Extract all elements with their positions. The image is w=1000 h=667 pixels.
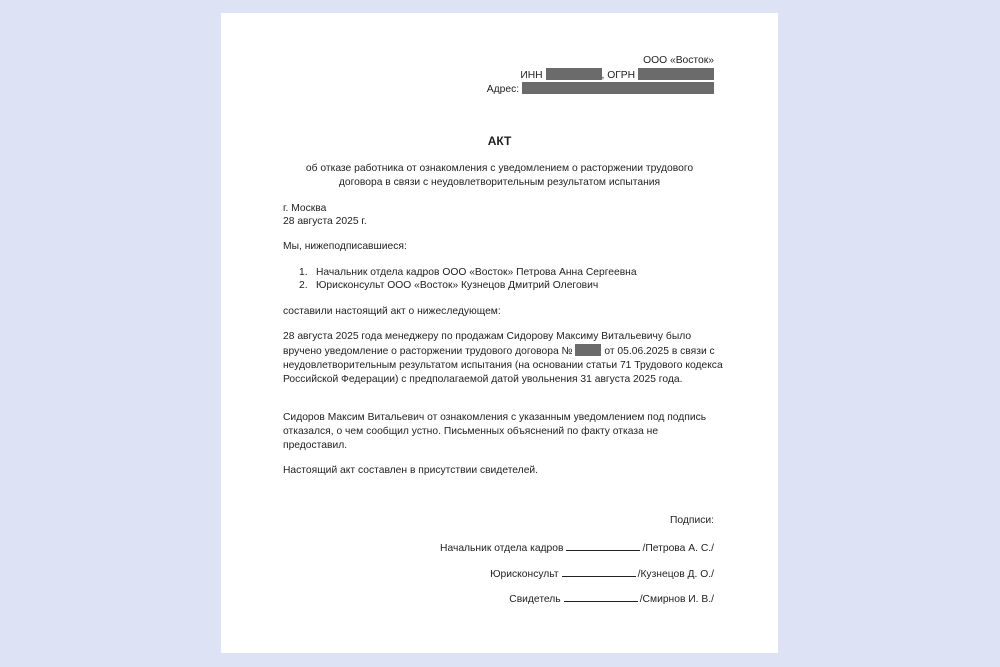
intro-text: Мы, нижеподписавшиеся: <box>283 240 407 253</box>
subtitle-line-1: об отказе работника от ознакомления с ув… <box>221 162 778 176</box>
signatures-heading: Подписи: <box>670 515 714 526</box>
ogrn-redaction <box>638 68 714 80</box>
list-number: 2. <box>299 279 316 292</box>
company-ids: ИНН , ОГРН <box>520 68 714 82</box>
list-number: 1. <box>299 266 316 279</box>
document-title: АКТ <box>221 134 778 148</box>
signature-row: Юрисконсульт/Кузнецов Д. О./ <box>490 566 714 580</box>
ogrn-label: , ОГРН <box>602 70 636 81</box>
place: г. Москва <box>283 202 326 215</box>
contract-number-redaction <box>575 344 601 356</box>
signature-blank <box>562 566 636 577</box>
signature-name: /Смирнов И. В./ <box>640 594 714 605</box>
address-redaction <box>522 82 714 94</box>
list-text: Начальник отдела кадров ООО «Восток» Пет… <box>316 267 637 278</box>
paragraph-2: Сидоров Максим Витальевич от ознакомлени… <box>283 411 723 453</box>
signature-row: Начальник отдела кадров/Петрова А. С./ <box>440 540 714 554</box>
list-item: 2.Юрисконсульт ООО «Восток» Кузнецов Дми… <box>299 279 598 292</box>
date: 28 августа 2025 г. <box>283 215 367 228</box>
signature-role: Юрисконсульт <box>490 569 558 580</box>
list-text: Юрисконсульт ООО «Восток» Кузнецов Дмитр… <box>316 280 598 291</box>
signature-name: /Петрова А. С./ <box>642 543 714 554</box>
signature-blank <box>566 540 640 551</box>
composed-text: составили настоящий акт о нижеследующем: <box>283 305 501 318</box>
address-label: Адрес: <box>487 84 519 95</box>
signature-blank <box>564 591 638 602</box>
company-name: ООО «Восток» <box>643 54 714 67</box>
document-page: ООО «Восток» ИНН , ОГРН Адрес: АКТ об от… <box>221 13 778 653</box>
paragraph-3: Настоящий акт составлен в присутствии св… <box>283 464 723 478</box>
signature-role: Свидетель <box>509 594 560 605</box>
inn-redaction <box>546 68 602 80</box>
company-address: Адрес: <box>487 82 714 96</box>
signature-role: Начальник отдела кадров <box>440 543 563 554</box>
document-subtitle: об отказе работника от ознакомления с ув… <box>221 162 778 189</box>
list-item: 1.Начальник отдела кадров ООО «Восток» П… <box>299 266 637 279</box>
inn-label: ИНН <box>520 70 542 81</box>
signature-name: /Кузнецов Д. О./ <box>638 569 714 580</box>
paragraph-1: 28 августа 2025 года менеджеру по продаж… <box>283 330 723 387</box>
subtitle-line-2: договора в связи с неудовлетворительным … <box>221 176 778 190</box>
signature-row: Свидетель/Смирнов И. В./ <box>509 591 714 605</box>
